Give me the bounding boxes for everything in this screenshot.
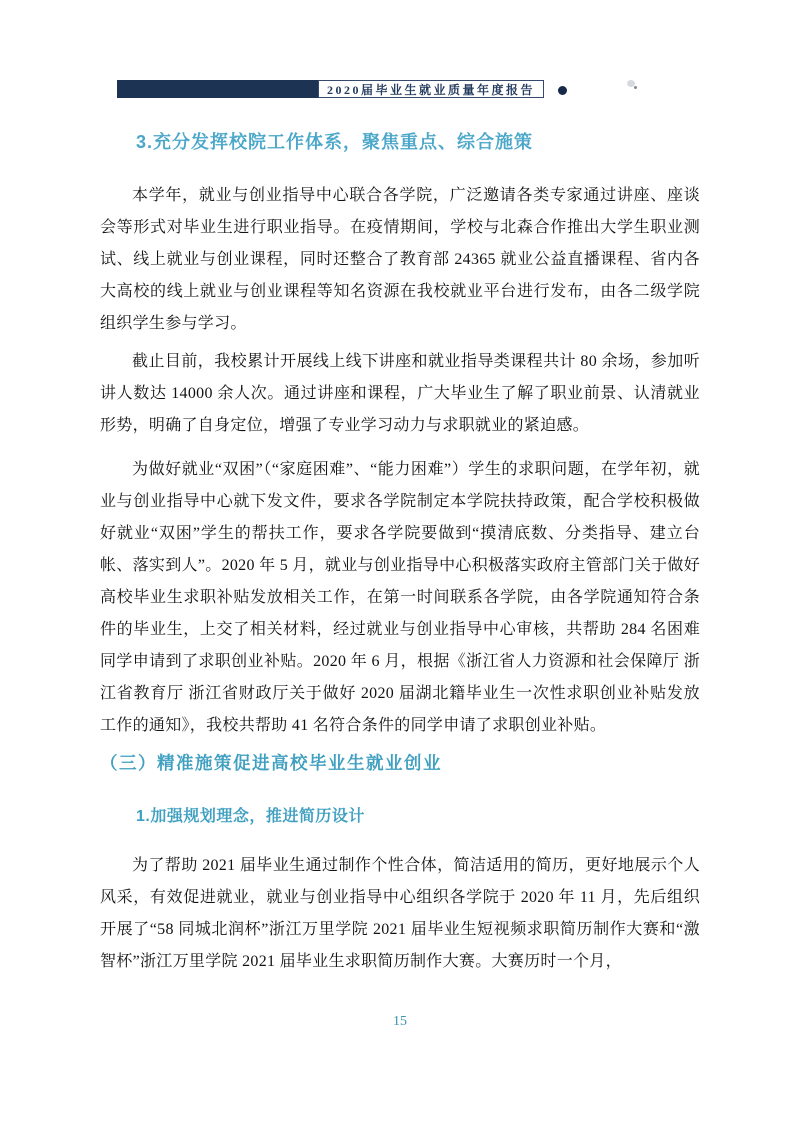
paragraph: 为了帮助 2021 届毕业生通过制作个性合体，简洁适用的简历，更好地展示个人风采… xyxy=(100,850,700,978)
heading-sub-1: 1.加强规划理念，推进简历设计 xyxy=(136,806,700,828)
header-speck-icon xyxy=(627,80,635,87)
paragraph: 本学年，就业与创业指导中心联合各学院，广泛邀请各类专家通过讲座、座谈会等形式对毕… xyxy=(100,180,700,340)
header-dot-icon xyxy=(558,86,567,95)
heading-section-three: （三）精准施策促进高校毕业生就业创业 xyxy=(100,750,700,776)
page-number: 15 xyxy=(0,1014,800,1030)
heading-point-3: 3.充分发挥校院工作体系，聚焦重点、综合施策 xyxy=(136,130,700,154)
document-body: 3.充分发挥校院工作体系，聚焦重点、综合施策 本学年，就业与创业指导中心联合各学… xyxy=(100,122,700,978)
paragraph: 截止目前，我校累计开展线上线下讲座和就业指导类课程共计 80 余场，参加听讲人数… xyxy=(100,346,700,442)
header-navy-bar xyxy=(117,80,318,98)
report-title: 2020届毕业生就业质量年度报告 xyxy=(318,80,544,98)
page-header: 2020届毕业生就业质量年度报告 xyxy=(117,80,544,98)
paragraph: 为做好就业“双困”（“家庭困难”、“能力困难”）学生的求职问题，在学年初，就业与… xyxy=(100,454,700,742)
report-page: 2020届毕业生就业质量年度报告 3.充分发挥校院工作体系，聚焦重点、综合施策 … xyxy=(0,0,800,1131)
